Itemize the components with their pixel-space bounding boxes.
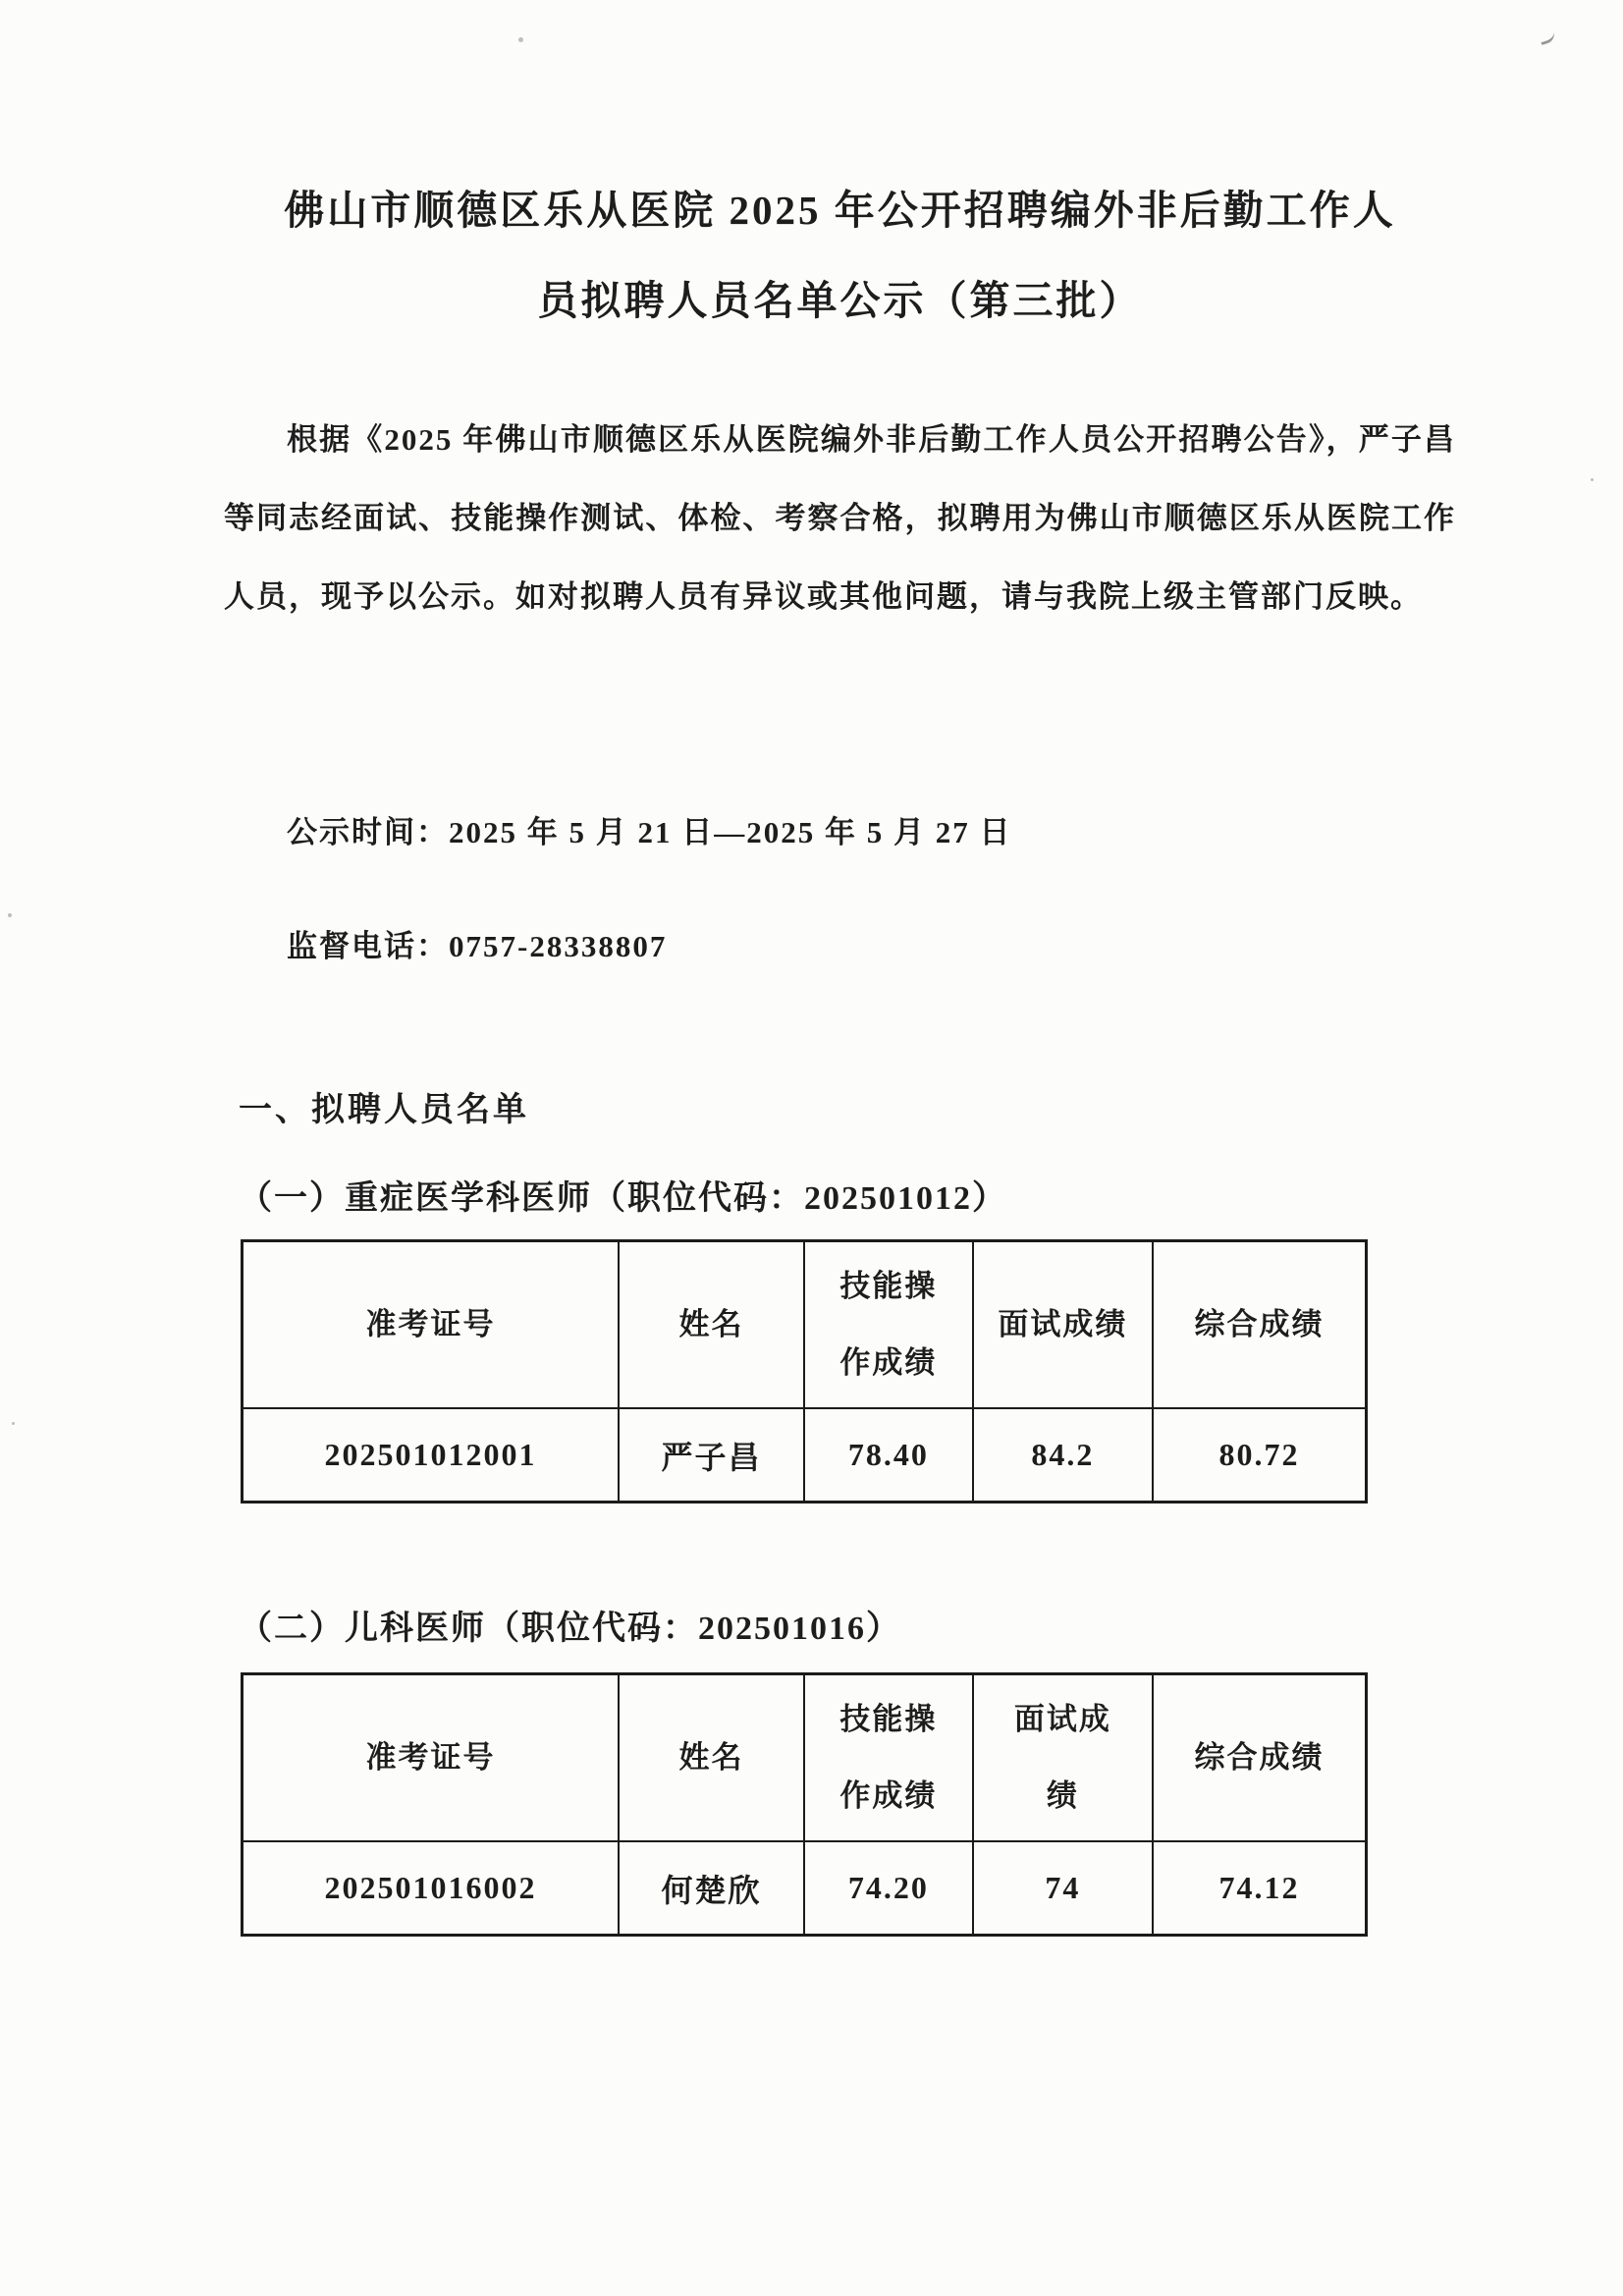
table-row: 202501016002 何楚欣 74.20 74 74.12	[243, 1841, 1367, 1936]
cell-name: 何楚欣	[619, 1841, 804, 1936]
table-header-row: 准考证号 姓名 技能操 作成绩 面试成 绩 综合成绩	[243, 1674, 1367, 1842]
col-header-skill-score: 技能操 作成绩	[804, 1241, 973, 1409]
scan-artifact	[1539, 29, 1557, 45]
score-table-2: 准考证号 姓名 技能操 作成绩 面试成 绩 综合成绩 202501016002 …	[241, 1672, 1368, 1937]
cell-skill-score: 78.40	[804, 1408, 973, 1503]
col-header-interview-score: 面试成绩	[973, 1241, 1153, 1409]
col-header-name: 姓名	[619, 1674, 804, 1842]
cell-total-score: 74.12	[1153, 1841, 1367, 1936]
table-header-row: 准考证号 姓名 技能操 作成绩 面试成绩 综合成绩	[243, 1241, 1367, 1409]
document-page: 佛山市顺德区乐从医院 2025 年公开招聘编外非后勤工作人 员拟聘人员名单公示（…	[0, 0, 1623, 2296]
cell-interview-score: 74	[973, 1841, 1153, 1936]
cell-name: 严子昌	[619, 1408, 804, 1503]
scan-artifact	[12, 1422, 15, 1425]
subsection-1-heading: （一）重症医学科医师（职位代码：202501012）	[239, 1171, 1007, 1219]
subsection-2-heading: （二）儿科医师（职位代码：202501016）	[239, 1601, 901, 1649]
cell-exam-number: 202501016002	[243, 1841, 620, 1936]
score-table-1: 准考证号 姓名 技能操 作成绩 面试成绩 综合成绩 202501012001 严…	[241, 1239, 1368, 1503]
supervision-phone: 监督电话：0757-28338807	[224, 921, 1456, 965]
title-line-1: 佛山市顺德区乐从医院 2025 年公开招聘编外非后勤工作人	[224, 165, 1456, 255]
col-header-total-score: 综合成绩	[1153, 1241, 1367, 1409]
publicity-period: 公示时间：2025 年 5 月 21 日—2025 年 5 月 27 日	[224, 807, 1456, 851]
scan-artifact	[1591, 478, 1594, 481]
body-paragraph: 根据《2025 年佛山市顺德区乐从医院编外非后勤工作人员公开招聘公告》，严子昌等…	[224, 401, 1456, 636]
section-heading: 一、拟聘人员名单	[239, 1082, 529, 1130]
table-row: 202501012001 严子昌 78.40 84.2 80.72	[243, 1408, 1367, 1503]
col-header-interview-score: 面试成 绩	[973, 1674, 1153, 1842]
cell-skill-score: 74.20	[804, 1841, 973, 1936]
cell-total-score: 80.72	[1153, 1408, 1367, 1503]
col-header-exam-number: 准考证号	[243, 1674, 620, 1842]
title-line-2: 员拟聘人员名单公示（第三批）	[224, 255, 1456, 346]
col-header-skill-score: 技能操 作成绩	[804, 1674, 973, 1842]
scan-artifact	[518, 37, 523, 42]
cell-interview-score: 84.2	[973, 1408, 1153, 1503]
cell-exam-number: 202501012001	[243, 1408, 620, 1503]
col-header-total-score: 综合成绩	[1153, 1674, 1367, 1842]
document-title: 佛山市顺德区乐从医院 2025 年公开招聘编外非后勤工作人 员拟聘人员名单公示（…	[224, 165, 1456, 346]
col-header-exam-number: 准考证号	[243, 1241, 620, 1409]
col-header-name: 姓名	[619, 1241, 804, 1409]
scan-artifact	[8, 913, 12, 917]
